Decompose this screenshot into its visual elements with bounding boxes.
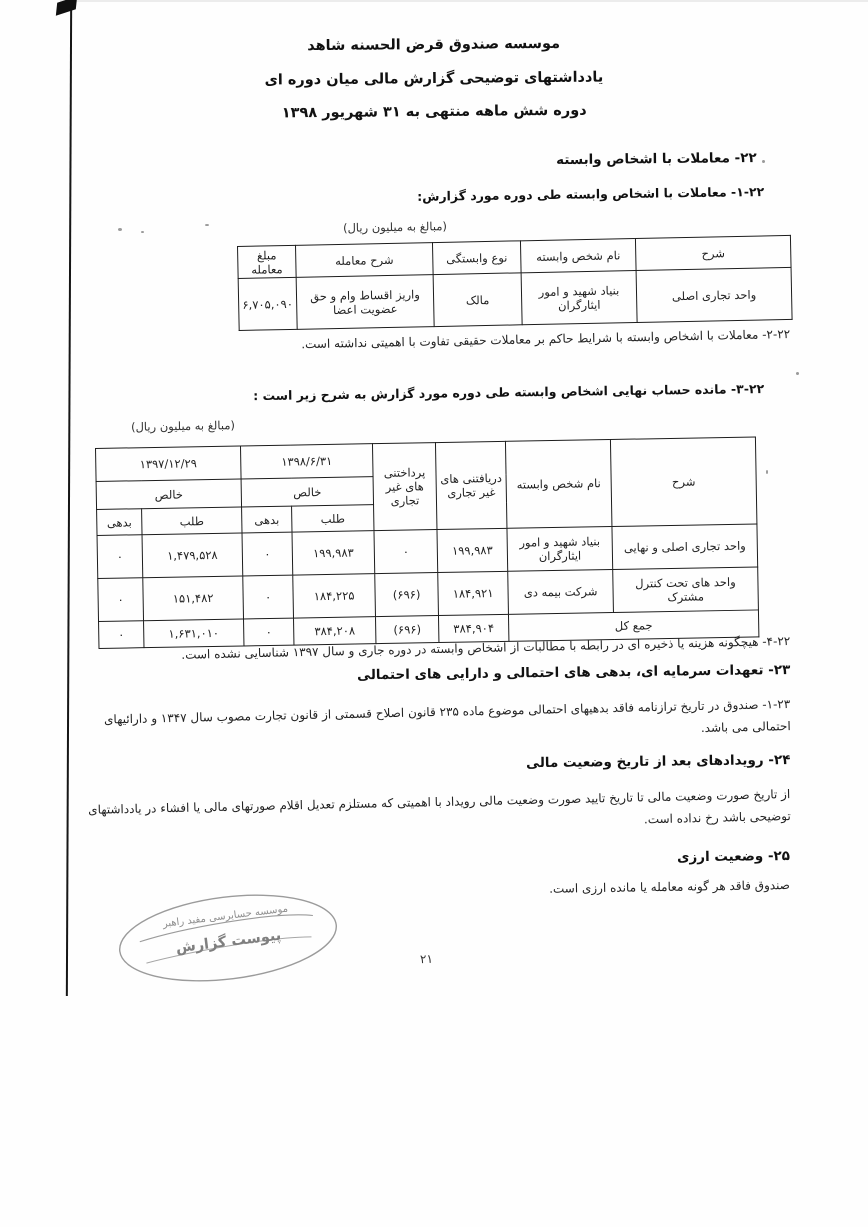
section-24-text: از تاریخ صورت وضعیت مالی تا تاریخ تایید … bbox=[84, 784, 791, 843]
related-party-balances-table: شرح نام شخص وابسته دریافتنی های غیر تجار… bbox=[95, 436, 759, 649]
cell-desc: واحد های تحت کنترل مشترک bbox=[613, 567, 759, 613]
col-debit-prior: بدهی bbox=[97, 509, 142, 536]
col-date-current: ۱۳۹۸/۶/۳۱ bbox=[241, 444, 374, 479]
cell-tx-desc: واریز اقساط وام و حق عضویت اعضا bbox=[296, 275, 434, 330]
col-person: نام شخص وابسته bbox=[520, 239, 636, 273]
scan-artifact bbox=[205, 224, 209, 226]
cell-debit-current: ۰ bbox=[243, 575, 294, 619]
cell-credit-prior-total: ۱,۶۳۱,۰۱۰ bbox=[144, 619, 244, 648]
col-credit-current: طلب bbox=[292, 505, 374, 532]
cell-credit-current: ۱۸۴,۲۲۵ bbox=[293, 574, 376, 618]
scan-artifact bbox=[796, 372, 799, 375]
table-header-row: شرح نام شخص وابسته دریافتنی های غیر تجار… bbox=[96, 437, 756, 482]
report-subtitle: یادداشتهای توضیحی گزارش مالی میان دوره ا… bbox=[214, 70, 654, 88]
audit-stamp-icon: موسسه حسابرسی مفید راهبر پیوست گزارش bbox=[110, 886, 346, 990]
cell-debit-prior: ۰ bbox=[98, 578, 144, 622]
cell-person: شرکت بیمه دی bbox=[508, 569, 614, 614]
col-net-prior: خالص bbox=[96, 479, 241, 510]
table-row: واحد تجاری اصلی بنیاد شهید و امور ایثارگ… bbox=[238, 267, 792, 330]
col-desc: شرح bbox=[635, 235, 791, 270]
col-relation-type: نوع وابستگی bbox=[432, 241, 521, 275]
section-22-1-heading: ۱-۲۲- معاملات با اشخاص وابسته طی دوره مو… bbox=[417, 184, 764, 204]
cell-payable-total: (۶۹۶) bbox=[376, 616, 439, 644]
section-23-1-text: ۱-۲۳- صندوق در تاریخ ترازنامه فاقد بدهیه… bbox=[88, 694, 791, 753]
cell-payable: ۰ bbox=[374, 530, 438, 574]
cell-person: بنیاد شهید و امور ایثارگران bbox=[507, 526, 613, 571]
cell-relation-type: مالک bbox=[433, 273, 522, 327]
scan-edge-top bbox=[60, 0, 868, 2]
cell-credit-current-total: ۳۸۴,۲۰۸ bbox=[294, 617, 376, 645]
cell-credit-prior: ۱,۴۷۹,۵۲۸ bbox=[142, 533, 243, 578]
cell-person: بنیاد شهید و امور ایثارگران bbox=[521, 270, 637, 324]
section-24-heading: ۲۴- رویدادهای بعد از تاریخ وضعیت مالی bbox=[526, 752, 790, 771]
scan-artifact bbox=[118, 228, 122, 231]
cell-debit-prior-total: ۰ bbox=[99, 621, 144, 649]
section-25-text: صندوق فاقد هر گونه معامله یا مانده ارزی … bbox=[549, 878, 790, 896]
scan-artifact bbox=[762, 160, 765, 163]
col-debit-current: بدهی bbox=[242, 506, 292, 533]
cell-debit-prior: ۰ bbox=[97, 535, 143, 579]
cell-debit-current: ۰ bbox=[242, 532, 293, 576]
audit-stamp: موسسه حسابرسی مفید راهبر پیوست گزارش bbox=[110, 886, 346, 990]
stamp-org-text: موسسه حسابرسی مفید راهبر bbox=[161, 904, 288, 930]
report-period: دوره شش ماهه منتهی به ۳۱ شهریور ۱۳۹۸ bbox=[214, 103, 654, 121]
section-22-3-heading: ۳-۲۲- مانده حساب نهایی اشخاص وابسته طی د… bbox=[253, 381, 764, 403]
page-number: ۲۱ bbox=[420, 952, 433, 966]
col-desc: شرح bbox=[610, 437, 756, 527]
table1-money-note: (مبالغ به میلیون ریال) bbox=[343, 219, 447, 235]
cell-amount: ۶,۷۰۵,۰۹۰ bbox=[238, 277, 297, 330]
scan-artifact bbox=[141, 231, 144, 233]
section-22-heading: ۲۲- معاملات با اشخاص وابسته bbox=[556, 150, 757, 168]
scanned-document-page: موسسه صندوق قرض الحسنه شاهد یادداشتهای ت… bbox=[0, 0, 868, 1227]
cell-receivable: ۱۹۹,۹۸۳ bbox=[437, 528, 508, 572]
table2-money-note: (مبالغ به میلیون ریال) bbox=[131, 418, 235, 434]
cell-desc: واحد تجاری اصلی bbox=[636, 267, 792, 322]
col-tx-desc: شرح معامله bbox=[295, 243, 433, 278]
cell-receivable: ۱۸۴,۹۲۱ bbox=[438, 571, 509, 615]
section-22-2-text: ۲-۲۲- معاملات با اشخاص وابسته با شرایط ح… bbox=[301, 327, 790, 351]
org-title: موسسه صندوق قرض الحسنه شاهد bbox=[214, 36, 654, 54]
section-23-heading: ۲۳- تعهدات سرمایه ای، بدهی های احتمالی و… bbox=[357, 662, 790, 683]
cell-payable: (۶۹۶) bbox=[375, 573, 439, 617]
col-person: نام شخص وابسته bbox=[505, 440, 612, 529]
cell-credit-prior: ۱۵۱,۴۸۲ bbox=[143, 576, 244, 621]
scan-corner-mark bbox=[56, 0, 77, 16]
cell-desc: واحد تجاری اصلی و نهایی bbox=[612, 524, 758, 570]
related-party-transactions-table: شرح نام شخص وابسته نوع وابستگی شرح معامل… bbox=[237, 235, 793, 331]
col-credit-prior: طلب bbox=[142, 507, 242, 535]
col-receivable: دریافتنی های غیر تجاری bbox=[435, 441, 507, 529]
section-25-heading: ۲۵- وضعیت ارزی bbox=[677, 848, 790, 865]
cell-receivable-total: ۳۸۴,۹۰۴ bbox=[438, 614, 508, 642]
col-net-current: خالص bbox=[241, 477, 373, 507]
cell-credit-current: ۱۹۹,۹۸۳ bbox=[292, 531, 375, 575]
stamp-label-text: پیوست گزارش bbox=[175, 926, 282, 957]
cell-debit-current-total: ۰ bbox=[244, 618, 294, 646]
col-amount: مبلغ معامله bbox=[238, 245, 297, 278]
col-payable: پرداختنی های غیر تجاری bbox=[372, 443, 437, 531]
col-date-prior: ۱۳۹۷/۱۲/۲۹ bbox=[96, 446, 242, 482]
scan-edge-line bbox=[66, 8, 72, 996]
scan-artifact bbox=[766, 470, 768, 474]
report-header: موسسه صندوق قرض الحسنه شاهد یادداشتهای ت… bbox=[214, 36, 655, 140]
